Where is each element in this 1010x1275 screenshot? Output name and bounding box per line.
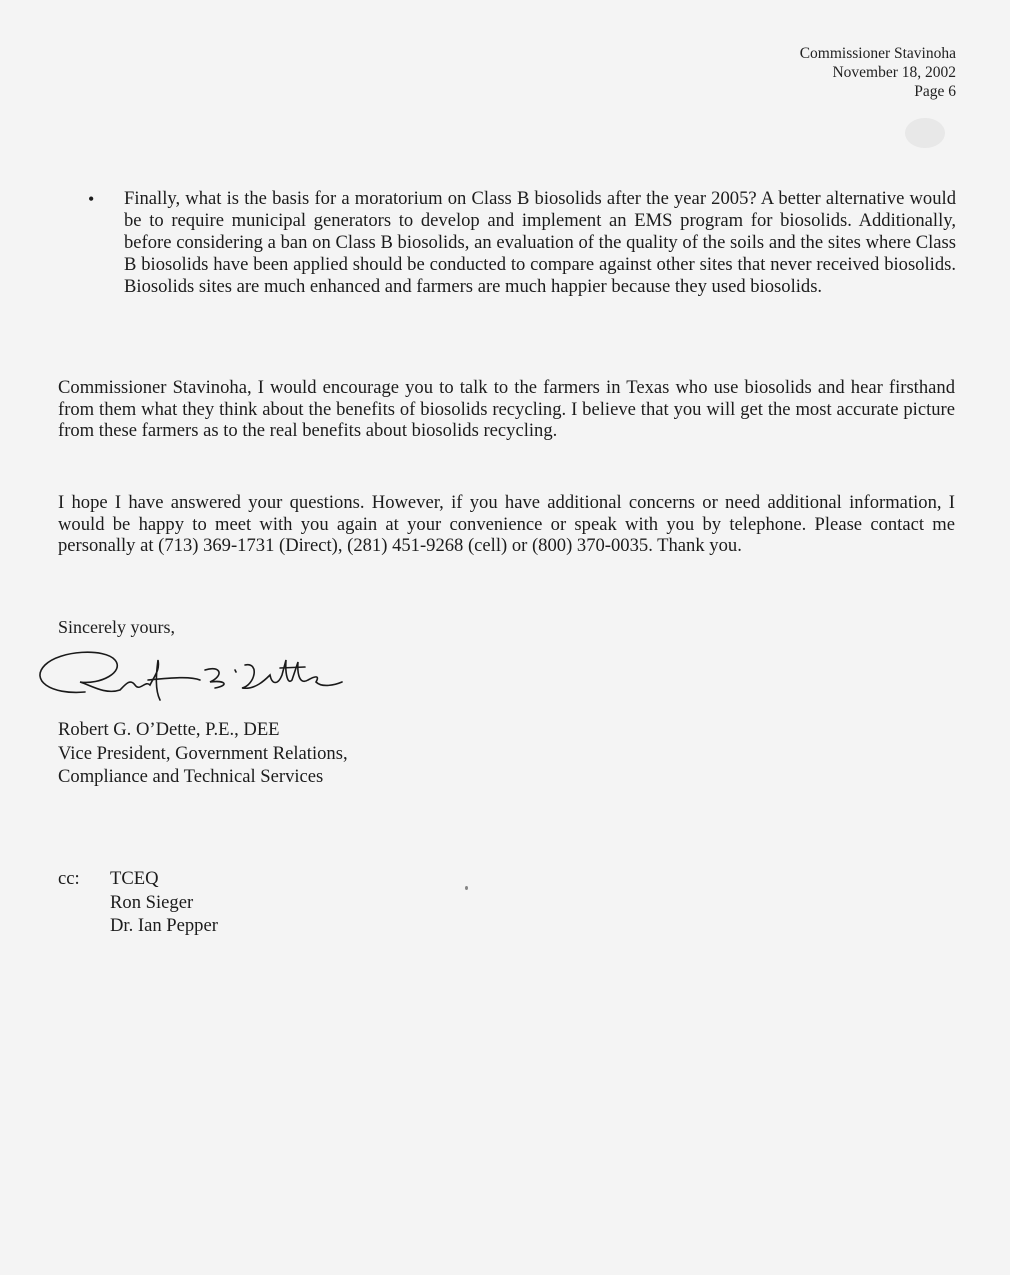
body-paragraph: Commissioner Stavinoha, I would encourag… [58, 377, 955, 442]
letter-page: Commissioner Stavinoha November 18, 2002… [0, 0, 1010, 1275]
signer-title-line1: Vice President, Government Relations, [58, 742, 348, 766]
closing-salutation: Sincerely yours, [58, 617, 175, 638]
cc-recipient-list: TCEQ Ron Sieger Dr. Ian Pepper [110, 867, 218, 938]
bullet-item: • Finally, what is the basis for a morat… [88, 188, 956, 298]
cc-recipient: Ron Sieger [110, 891, 218, 915]
header-page-number: Page 6 [800, 82, 956, 101]
cc-label: cc: [58, 867, 80, 891]
scan-smudge [905, 118, 945, 148]
page-header: Commissioner Stavinoha November 18, 2002… [800, 44, 956, 101]
cc-recipient: TCEQ [110, 867, 218, 891]
header-date: November 18, 2002 [800, 63, 956, 82]
cc-block: cc: TCEQ Ron Sieger Dr. Ian Pepper [58, 867, 218, 938]
bullet-icon: • [88, 188, 112, 210]
body-paragraph: I hope I have answered your questions. H… [58, 492, 955, 557]
scan-speck [465, 886, 468, 890]
header-recipient: Commissioner Stavinoha [800, 44, 956, 63]
cc-recipient: Dr. Ian Pepper [110, 914, 218, 938]
signer-title-line2: Compliance and Technical Services [58, 765, 348, 789]
signature-block: Robert G. O’Dette, P.E., DEE Vice Presid… [58, 718, 348, 789]
bullet-text: Finally, what is the basis for a morator… [124, 188, 956, 298]
signer-name: Robert G. O’Dette, P.E., DEE [58, 718, 348, 742]
handwritten-signature [30, 640, 360, 715]
